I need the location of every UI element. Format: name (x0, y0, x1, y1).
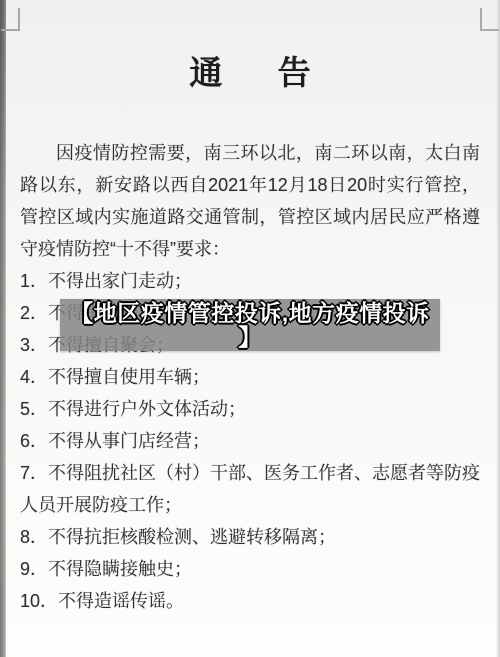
watermark-overlay: 【地区疫情管控投诉,地方疫情投诉 】 (60, 299, 440, 351)
watermark-text-line2: 】 (238, 325, 262, 349)
rule-item-4: 4．不得擅自使用车辆； (20, 361, 480, 393)
rule-item-8: 8．不得抗拒核酸检测、逃避转移隔离； (20, 521, 480, 553)
corner-mark-top-right (480, 8, 499, 31)
notice-document: 通 告 因疫情防控需要，南三环以北，南二环以南，太白南路以东，新安路以西自202… (0, 0, 500, 657)
rule-item-5: 5．不得进行户外文体活动； (20, 393, 480, 425)
rule-item-1: 1．不得出家门走动； (20, 265, 480, 297)
watermark-text-line1: 【地区疫情管控投诉,地方疫情投诉 (70, 301, 429, 325)
page-right-edge (496, 0, 500, 657)
rule-item-6: 6．不得从事门店经营； (20, 425, 480, 457)
rule-item-9: 9．不得隐瞒接触史； (20, 553, 480, 585)
rule-item-10: 10．不得造谣传谣。 (20, 585, 480, 617)
notice-intro-paragraph: 因疫情防控需要，南三环以北，南二环以南，太白南路以东，新安路以西自2021年12… (20, 137, 480, 265)
rule-item-7: 7．不得阻扰社区（村）干部、医务工作者、志愿者等防疫人员开展防疫工作； (20, 457, 480, 521)
corner-mark-top-left (1, 8, 20, 31)
page-left-edge (0, 0, 6, 657)
notice-title: 通 告 (0, 22, 500, 89)
